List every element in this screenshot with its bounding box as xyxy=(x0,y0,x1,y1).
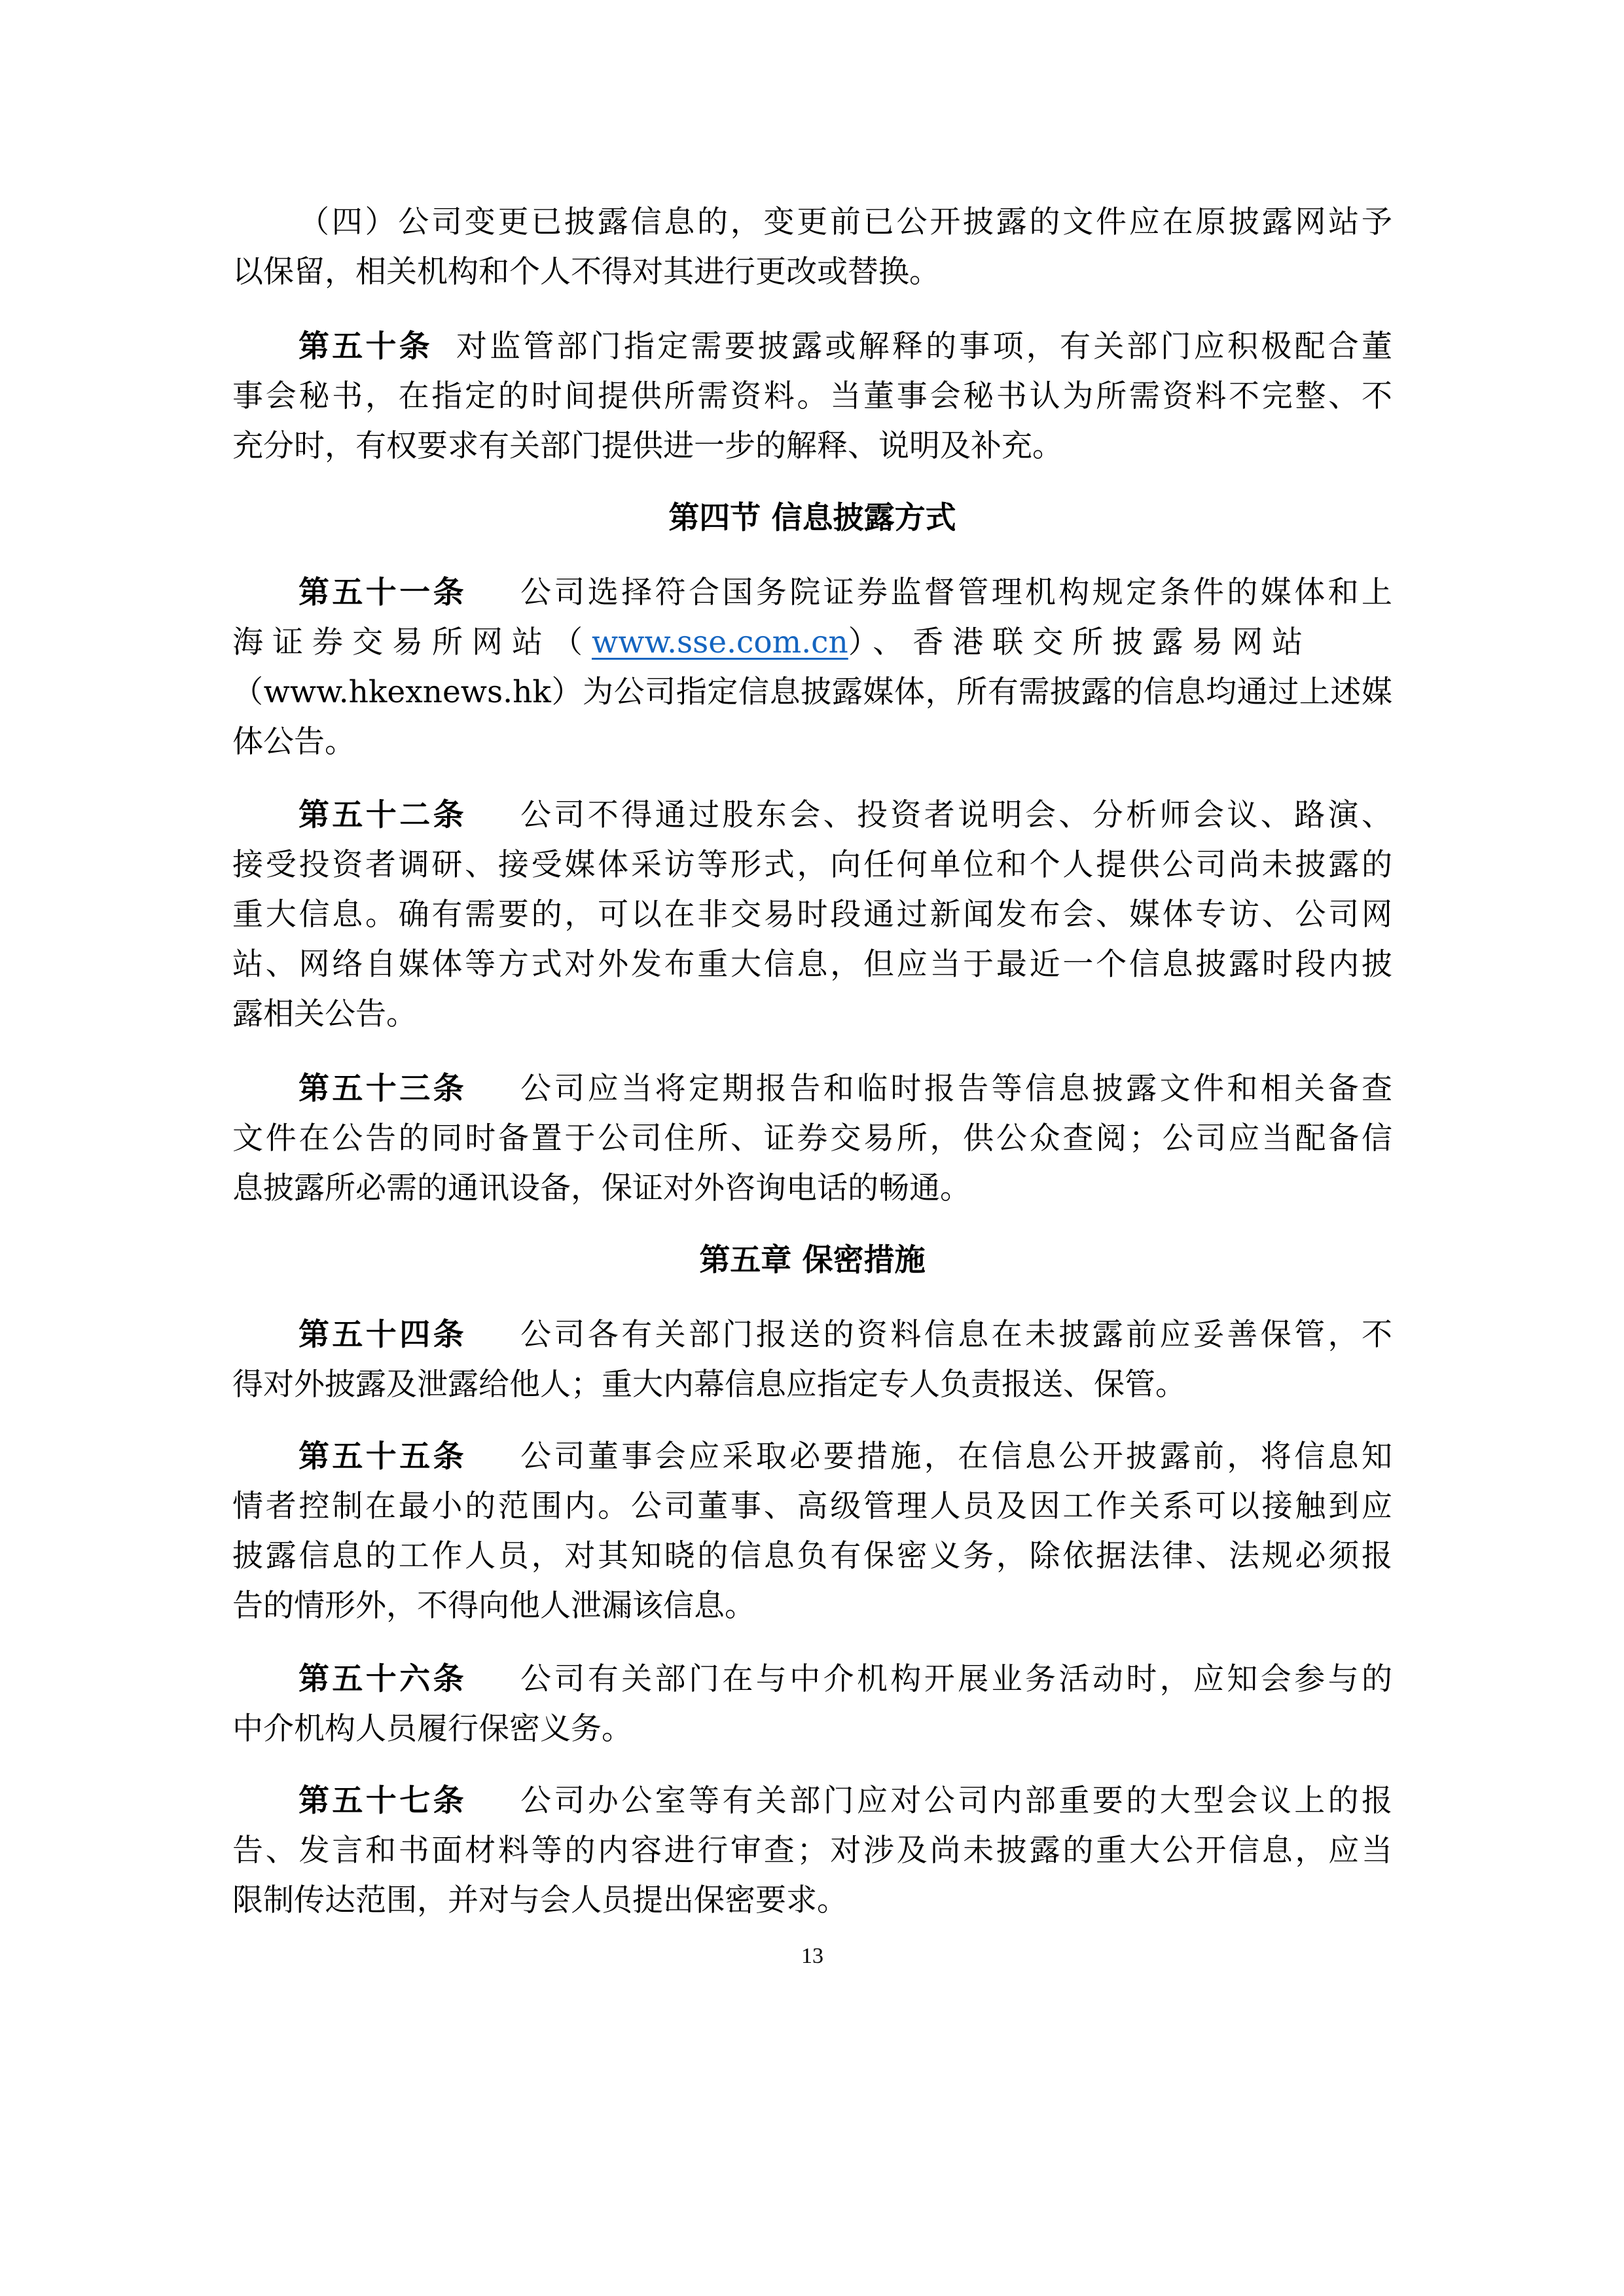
text: 以保留，相关机构和个人不得对其进行更改或替换。 xyxy=(232,254,940,290)
text: 情者控制在最小的范围内。公司董事、高级管理人员及因工作关系可以接触到应 xyxy=(232,1488,1392,1524)
article-57-line-3: 限制传达范围，并对与会人员提出保密要求。 xyxy=(232,1876,1392,1926)
text: 公司董事会应采取必要措施，在信息公开披露前，将信息知 xyxy=(520,1439,1392,1475)
paragraph-item-4-line-1: （四）公司变更已披露信息的，变更前已公开披露的文件应在原披露网站予 xyxy=(232,198,1392,247)
article-52-line-4: 站、网络自媒体等方式对外发布重大信息，但应当于最近一个信息披露时段内披 xyxy=(232,940,1392,990)
article-56-line-2: 中介机构人员履行保密义务。 xyxy=(232,1704,1392,1754)
text: 事会秘书，在指定的时间提供所需资料。当董事会秘书认为所需资料不完整、不 xyxy=(232,378,1392,414)
article-label: 第五十五条 xyxy=(298,1439,467,1475)
section-heading: 第四节 信息披露方式 xyxy=(232,493,1392,543)
article-53-line-1: 第五十三条公司应当将定期报告和临时报告等信息披露文件和相关备查 xyxy=(232,1064,1392,1114)
article-55-line-1: 第五十五条公司董事会应采取必要措施，在信息公开披露前，将信息知 xyxy=(232,1432,1392,1482)
article-label: 第五十一条 xyxy=(298,575,467,611)
article-55-line-2: 情者控制在最小的范围内。公司董事、高级管理人员及因工作关系可以接触到应 xyxy=(232,1482,1392,1532)
article-52-line-2: 接受投资者调研、接受媒体采访等形式，向任何单位和个人提供公司尚未披露的 xyxy=(232,840,1392,890)
text: 中介机构人员履行保密义务。 xyxy=(232,1711,632,1747)
article-51-line-2: 海证券交易所网站（www.sse.com.cn）、香港联交所披露易网站 xyxy=(232,618,1392,668)
text: ）、香港联交所披露易网站 xyxy=(848,624,1312,660)
article-label: 第五十条 xyxy=(298,329,433,365)
article-56-line-1: 第五十六条公司有关部门在与中介机构开展业务活动时，应知会参与的 xyxy=(232,1655,1392,1704)
text: 接受投资者调研、接受媒体采访等形式，向任何单位和个人提供公司尚未披露的 xyxy=(232,847,1392,883)
text: 公司有关部门在与中介机构开展业务活动时，应知会参与的 xyxy=(520,1661,1392,1697)
text: 告的情形外，不得向他人泄漏该信息。 xyxy=(232,1588,755,1624)
text: 公司应当将定期报告和临时报告等信息披露文件和相关备查 xyxy=(520,1071,1392,1107)
article-label: 第五十四条 xyxy=(298,1317,467,1353)
text: 披露信息的工作人员，对其知晓的信息负有保密义务，除依据法律、法规必须报 xyxy=(232,1538,1392,1574)
text: 站、网络自媒体等方式对外发布重大信息，但应当于最近一个信息披露时段内披 xyxy=(232,946,1392,982)
article-label: 第五十二条 xyxy=(298,797,467,833)
text: 公司办公室等有关部门应对公司内部重要的大型会议上的报 xyxy=(520,1783,1392,1819)
text: 文件在公告的同时备置于公司住所、证券交易所，供公众查阅；公司应当配备信 xyxy=(232,1121,1392,1157)
text: 对监管部门指定需要披露或解释的事项，有关部门应积极配合董 xyxy=(456,329,1392,365)
article-54-line-1: 第五十四条公司各有关部门报送的资料信息在未披露前应妥善保管，不 xyxy=(232,1310,1392,1360)
text: 告、发言和书面材料等的内容进行审查；对涉及尚未披露的重大公开信息，应当 xyxy=(232,1833,1392,1869)
page-number: 13 xyxy=(232,1944,1392,1969)
article-57-line-1: 第五十七条公司办公室等有关部门应对公司内部重要的大型会议上的报 xyxy=(232,1776,1392,1826)
article-51-line-4: 体公告。 xyxy=(232,717,1392,767)
text: 充分时，有权要求有关部门提供进一步的解释、说明及补充。 xyxy=(232,428,1063,464)
text: 重大信息。确有需要的，可以在非交易时段通过新闻发布会、媒体专访、公司网 xyxy=(232,897,1392,933)
article-53-line-3: 息披露所必需的通讯设备，保证对外咨询电话的畅通。 xyxy=(232,1164,1392,1213)
text: 体公告。 xyxy=(232,724,355,760)
text: （四）公司变更已披露信息的，变更前已公开披露的文件应在原披露网站予 xyxy=(298,204,1392,240)
text: 得对外披露及泄露给他人；重大内幕信息应指定专人负责报送、保管。 xyxy=(232,1367,1186,1403)
chapter-heading: 第五章 保密措施 xyxy=(232,1236,1392,1285)
article-label: 第五十三条 xyxy=(298,1071,467,1107)
article-51-line-1: 第五十一条公司选择符合国务院证券监督管理机构规定条件的媒体和上 xyxy=(232,568,1392,618)
article-52-line-1: 第五十二条公司不得通过股东会、投资者说明会、分析师会议、路演、 xyxy=(232,791,1392,840)
article-52-line-3: 重大信息。确有需要的，可以在非交易时段通过新闻发布会、媒体专访、公司网 xyxy=(232,890,1392,940)
text: 公司选择符合国务院证券监督管理机构规定条件的媒体和上 xyxy=(520,575,1392,611)
sse-website-link[interactable]: www.sse.com.cn xyxy=(592,624,848,660)
text: （www.hkexnews.hk）为公司指定信息披露媒体，所有需披露的信息均通过… xyxy=(232,674,1392,710)
article-57-line-2: 告、发言和书面材料等的内容进行审查；对涉及尚未披露的重大公开信息，应当 xyxy=(232,1826,1392,1876)
text: 公司各有关部门报送的资料信息在未披露前应妥善保管，不 xyxy=(520,1317,1392,1353)
article-51-line-3: （www.hkexnews.hk）为公司指定信息披露媒体，所有需披露的信息均通过… xyxy=(232,668,1392,717)
article-55-line-3: 披露信息的工作人员，对其知晓的信息负有保密义务，除依据法律、法规必须报 xyxy=(232,1532,1392,1581)
article-label: 第五十七条 xyxy=(298,1783,467,1819)
article-53-line-2: 文件在公告的同时备置于公司住所、证券交易所，供公众查阅；公司应当配备信 xyxy=(232,1114,1392,1164)
text: 息披露所必需的通讯设备，保证对外咨询电话的畅通。 xyxy=(232,1170,971,1206)
paragraph-item-4-line-2: 以保留，相关机构和个人不得对其进行更改或替换。 xyxy=(232,247,1392,297)
article-50-line-1: 第五十条对监管部门指定需要披露或解释的事项，有关部门应积极配合董 xyxy=(232,322,1392,372)
article-50-line-2: 事会秘书，在指定的时间提供所需资料。当董事会秘书认为所需资料不完整、不 xyxy=(232,372,1392,422)
article-50-line-3: 充分时，有权要求有关部门提供进一步的解释、说明及补充。 xyxy=(232,422,1392,471)
article-55-line-4: 告的情形外，不得向他人泄漏该信息。 xyxy=(232,1581,1392,1631)
article-label: 第五十六条 xyxy=(298,1661,467,1697)
text: 公司不得通过股东会、投资者说明会、分析师会议、路演、 xyxy=(520,797,1392,833)
text: 限制传达范围，并对与会人员提出保密要求。 xyxy=(232,1882,848,1918)
article-54-line-2: 得对外披露及泄露给他人；重大内幕信息应指定专人负责报送、保管。 xyxy=(232,1360,1392,1410)
text: 露相关公告。 xyxy=(232,996,417,1032)
text: 海证券交易所网站（ xyxy=(232,624,592,660)
article-52-line-5: 露相关公告。 xyxy=(232,990,1392,1039)
